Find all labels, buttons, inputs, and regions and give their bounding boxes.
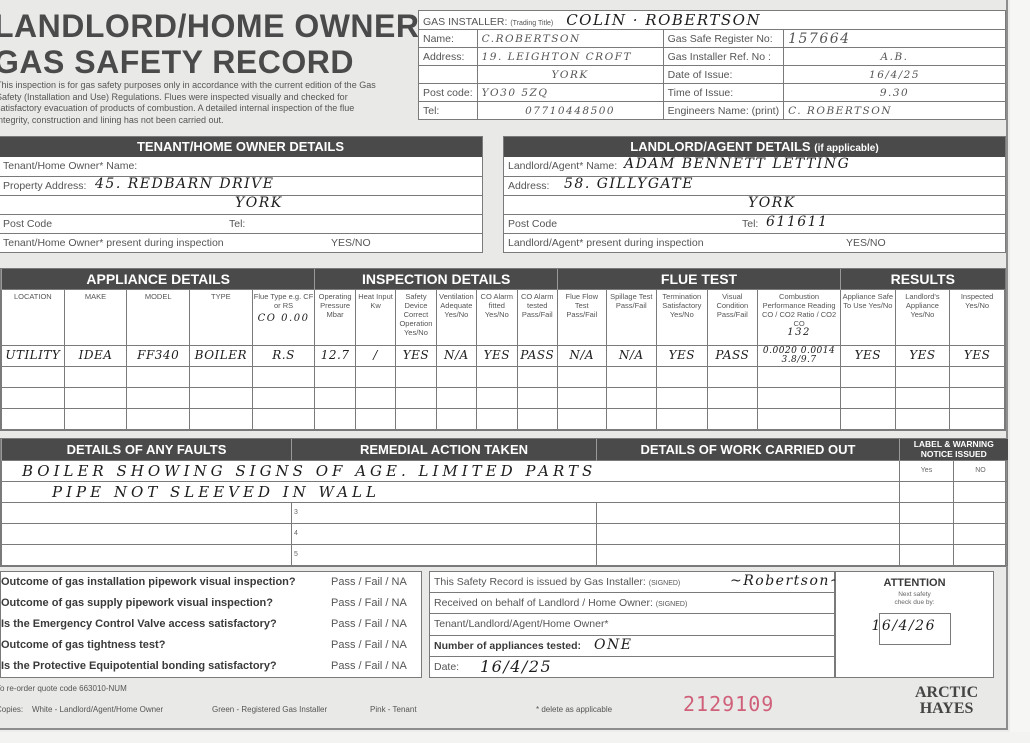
- scan-margin-bottom: [0, 732, 1030, 743]
- tenant-name-row[interactable]: Tenant/Home Owner* Name:: [0, 157, 482, 176]
- col-co-alarm-fitted: CO Alarm fitted Yes/No: [477, 289, 517, 345]
- tenant-postcode-row[interactable]: Post Code Tel:: [0, 214, 482, 233]
- landlord-details: LANDLORD/AGENT DETAILS (if applicable) L…: [503, 136, 1006, 253]
- appliance-row: [2, 387, 1005, 408]
- property-address-line1[interactable]: 45. REDBARN DRIVE: [95, 175, 274, 193]
- col-location: LOCATION: [2, 289, 65, 345]
- installer-address-line1[interactable]: 19. LEIGHTON CROFT: [477, 48, 663, 66]
- recipient-role-row[interactable]: Tenant/Landlord/Agent/Home Owner*: [430, 614, 834, 635]
- col-type: TYPE: [190, 289, 253, 345]
- recipient-signature-row[interactable]: Received on behalf of Landlord / Home Ow…: [430, 593, 834, 614]
- pass-fail-na-selector[interactable]: Pass / Fail / NA: [331, 593, 407, 614]
- copy-green: Green - Registered Gas Installer: [212, 705, 327, 714]
- gas-safety-record-form: LANDLORD/HOME OWNER GAS SAFETY RECORD Th…: [0, 0, 1008, 730]
- installer-ref-field[interactable]: A.B.: [784, 48, 1006, 66]
- fault-line-2[interactable]: PIPE NOT SLEEVED IN WALL: [2, 481, 900, 502]
- col-inspected: Inspected Yes/No: [950, 289, 1005, 345]
- col-co-alarm-tested: CO Alarm tested Pass/Fail: [517, 289, 557, 345]
- col-ventilation: Ventilation Adequate Yes/No: [436, 289, 476, 345]
- col-safe-to-use: Appliance Safe To Use Yes/No: [841, 289, 896, 345]
- form-title: LANDLORD/HOME OWNER GAS SAFETY RECORD: [0, 8, 419, 80]
- inspection-details-heading: INSPECTION DETAILS: [315, 269, 558, 289]
- engineer-name-field[interactable]: C. ROBERTSON: [784, 102, 1006, 120]
- fault-line-5[interactable]: [2, 544, 292, 565]
- trading-title-field[interactable]: COLIN · ROBERTSON: [566, 11, 761, 29]
- landlord-name-field[interactable]: ADAM BENNETT LETTING: [624, 155, 850, 173]
- tenant-details: TENANT/HOME OWNER DETAILS Tenant/Home Ow…: [0, 136, 483, 253]
- col-spillage: Spillage Test Pass/Fail: [606, 289, 657, 345]
- notice-heading: LABEL & WARNING NOTICE ISSUED: [900, 439, 1008, 460]
- landlord-address-line1[interactable]: 58. GILLYGATE: [564, 175, 694, 193]
- installer-postcode-field[interactable]: YO30 5ZQ: [477, 84, 663, 102]
- reorder-code: To re-order quote code 663010-NUM: [0, 684, 127, 693]
- landlord-present-row: Landlord/Agent* present during inspectio…: [504, 233, 1005, 252]
- col-flue-type: Flue Type e.g. CF or RSCO 0.00: [252, 289, 315, 345]
- landlord-address-row-2[interactable]: YORK: [504, 195, 1005, 214]
- work-heading: DETAILS OF WORK CARRIED OUT: [597, 439, 900, 460]
- col-flue-flow: Flue Flow Test Pass/Fail: [557, 289, 606, 345]
- appliance-count-field: ONE: [594, 635, 632, 656]
- appliance-inspection-table: APPLIANCE DETAILS INSPECTION DETAILS FLU…: [0, 268, 1006, 431]
- col-make: MAKE: [64, 289, 127, 345]
- col-landlords-appliance: Landlord's Appliance Yes/No: [895, 289, 950, 345]
- tenant-present-yes-no[interactable]: YES/NO: [331, 234, 371, 252]
- notice-no[interactable]: NO: [954, 460, 1008, 481]
- fault-line-4[interactable]: [2, 523, 292, 544]
- tenant-heading: TENANT/HOME OWNER DETAILS: [0, 137, 482, 157]
- flue-test-heading: FLUE TEST: [557, 269, 840, 289]
- check-emergency-control-valve: Is the Emergency Control Valve access sa…: [1, 614, 421, 635]
- check-equipotential-bonding: Is the Protective Equipotential bonding …: [1, 656, 421, 677]
- installer-signature: ~Robertson~: [730, 571, 843, 592]
- col-model: MODEL: [127, 289, 190, 345]
- col-safety-device: Safety Device Correct Operation Yes/No: [396, 289, 436, 345]
- pass-fail-na-selector[interactable]: Pass / Fail / NA: [331, 635, 407, 656]
- appliance-row: [2, 366, 1005, 387]
- pass-fail-na-selector[interactable]: Pass / Fail / NA: [331, 572, 407, 593]
- installer-tel-field[interactable]: 07710448500: [477, 102, 663, 120]
- check-installation-pipework: Outcome of gas installation pipework vis…: [1, 572, 421, 593]
- signoff-date-field: 16/4/25: [480, 656, 552, 677]
- delete-note: * delete as applicable: [536, 705, 612, 714]
- copy-pink: Pink - Tenant: [370, 705, 417, 714]
- intro-text: This inspection is for gas safety purpos…: [0, 80, 386, 126]
- remedial-heading: REMEDIAL ACTION TAKEN: [292, 439, 597, 460]
- issue-date-field[interactable]: 16/4/25: [784, 66, 1006, 84]
- signoff-section: This Safety Record is issued by Gas Inst…: [429, 571, 835, 678]
- trading-title-row: GAS INSTALLER: (Trading Title) COLIN · R…: [419, 11, 1006, 30]
- copies-label: Copies:: [0, 705, 23, 714]
- installer-details: GAS INSTALLER: (Trading Title) COLIN · R…: [418, 10, 1006, 120]
- tenant-present-row: Tenant/Home Owner* present during inspec…: [0, 233, 482, 252]
- faults-table: DETAILS OF ANY FAULTS REMEDIAL ACTION TA…: [0, 438, 1006, 567]
- pass-fail-na-selector[interactable]: Pass / Fail / NA: [331, 656, 407, 677]
- signoff-date-row[interactable]: Date: 16/4/25: [430, 657, 834, 678]
- property-address-row-2[interactable]: YORK: [0, 195, 482, 214]
- serial-number: 2129109: [683, 692, 774, 716]
- appliance-row: [2, 408, 1005, 429]
- notice-yes[interactable]: Yes: [900, 460, 954, 481]
- fault-line-1[interactable]: BOILER SHOWING SIGNS OF AGE. LIMITED PAR…: [2, 460, 900, 481]
- register-no-field[interactable]: 157664: [784, 30, 1006, 48]
- col-visual-condition: Visual Condition Pass/Fail: [707, 289, 758, 345]
- col-operating-pressure: Operating Pressure Mbar: [315, 289, 355, 345]
- col-termination: Termination Satisfactory Yes/No: [657, 289, 708, 345]
- pass-fail-na-selector[interactable]: Pass / Fail / NA: [331, 614, 407, 635]
- property-address-line2[interactable]: YORK: [235, 194, 283, 212]
- installer-address-line2[interactable]: YORK: [477, 66, 663, 84]
- landlord-postcode-row[interactable]: Post Code Tel: 611611: [504, 214, 1005, 233]
- landlord-present-yes-no[interactable]: YES/NO: [846, 234, 886, 252]
- fault-line-3[interactable]: [2, 502, 292, 523]
- landlord-address-line2[interactable]: YORK: [748, 194, 796, 212]
- attention-box: ATTENTION Next safety check due by: 16/4…: [835, 571, 994, 678]
- arctic-hayes-logo: ARCTIC HAYES: [915, 685, 978, 717]
- landlord-tel-field[interactable]: 611611: [766, 213, 828, 231]
- col-heat-input: Heat Input Kw: [355, 289, 395, 345]
- appliance-row: UTILITY IDEA FF340 BOILER R.S 12.7 / YES…: [2, 345, 1005, 366]
- faults-heading: DETAILS OF ANY FAULTS: [2, 439, 292, 460]
- installer-name-field[interactable]: C.ROBERTSON: [477, 30, 663, 48]
- appliance-details-heading: APPLIANCE DETAILS: [2, 269, 315, 289]
- issue-time-field[interactable]: 9.30: [784, 84, 1006, 102]
- installer-signature-row[interactable]: This Safety Record is issued by Gas Inst…: [430, 572, 834, 593]
- check-supply-pipework: Outcome of gas supply pipework visual in…: [1, 593, 421, 614]
- next-check-date: 16/4/26: [872, 618, 936, 634]
- landlord-name-row[interactable]: Landlord/Agent* Name: ADAM BENNETT LETTI…: [504, 157, 1005, 176]
- scan-margin-right: [1010, 0, 1030, 743]
- inspection-checklist: Outcome of gas installation pipework vis…: [0, 571, 422, 678]
- col-combustion: Combustion Performance Reading CO / CO2 …: [758, 289, 841, 345]
- property-address-row[interactable]: Property Address: 45. REDBARN DRIVE: [0, 176, 482, 195]
- landlord-heading: LANDLORD/AGENT DETAILS (if applicable): [504, 137, 1005, 157]
- next-check-date-box[interactable]: 16/4/26: [879, 613, 951, 645]
- landlord-address-row[interactable]: Address: 58. GILLYGATE: [504, 176, 1005, 195]
- check-tightness-test: Outcome of gas tightness test?Pass / Fai…: [1, 635, 421, 656]
- results-heading: RESULTS: [841, 269, 1005, 289]
- appliance-count-row[interactable]: Number of appliances tested: ONE: [430, 636, 834, 657]
- copy-white: White - Landlord/Agent/Home Owner: [32, 705, 163, 714]
